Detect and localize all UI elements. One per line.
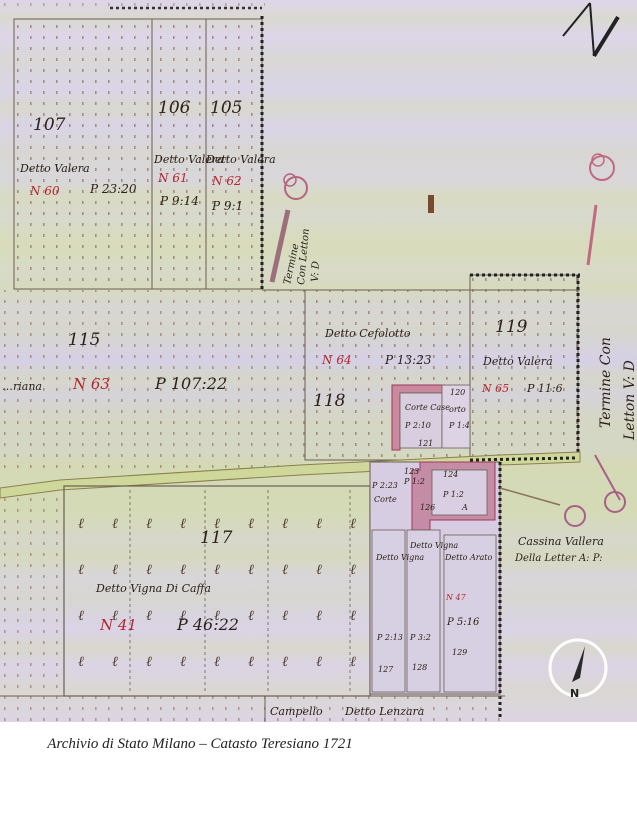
parcel-120-name: orto: [449, 405, 466, 414]
map-drawing: ℓ: [0, 0, 637, 722]
cadastral-map: ℓ: [0, 0, 637, 722]
map-caption: Archivio di Stato Milano – Catasto Teres…: [0, 736, 400, 753]
termine-right-line1: Termine Con: [598, 337, 614, 428]
parcel-107-name: Detto Valera: [19, 162, 90, 175]
compass-rose-icon: N: [550, 640, 606, 700]
parcel-106-id: 106: [158, 98, 191, 118]
compass-north-label: N: [570, 687, 579, 700]
parcel-128-name: Detto Vigna: [409, 541, 458, 550]
termine-right-line2: Letton V: D: [622, 360, 637, 441]
parcel-117-name: Detto Vigna Di Caffa: [95, 582, 211, 595]
parcel-118-id: 118: [313, 391, 346, 411]
parcel-127-name: Detto Vigna: [375, 553, 424, 562]
parcel-117-value: P 46:22: [176, 615, 239, 634]
parcel-118-value: P 13:23: [384, 353, 432, 367]
parcel-119-value: P 11:6: [526, 382, 563, 395]
parcel-block-lower: [0, 462, 500, 720]
parcel-129-name: Detto Arato: [444, 553, 493, 562]
north-arrow-icon: [563, 3, 618, 56]
parcel-129-id: 129: [452, 648, 467, 657]
parcel-124-id: 124: [443, 470, 458, 479]
parcel-127-id: 127: [378, 665, 394, 674]
parcel-117-old-no: N 41: [99, 616, 137, 634]
parcel-123-id: 123: [404, 467, 419, 476]
parcel-122-value: P 2:23: [371, 481, 398, 490]
parcel-115-value: P 107:22: [154, 374, 227, 393]
parcel-121-name: Corte Case: [405, 403, 450, 412]
tree-icon: [500, 455, 625, 526]
parcel-118-old-no: N 64: [321, 353, 352, 367]
tree-icon: [588, 154, 614, 265]
parcel-122-name: Corte: [374, 495, 397, 504]
parcel-105-name: Detto Valera: [205, 153, 276, 166]
parcel-115-id: 115: [68, 330, 100, 350]
parcel-115-name: …riana: [2, 380, 42, 393]
termine-left-line3: V: D: [310, 261, 322, 282]
parcel-118-name: Detto Cefolotto: [324, 327, 411, 340]
parcel-115-old-no: N 63: [72, 375, 110, 393]
post-marker: [428, 195, 434, 213]
parcel-128-value: P 3:2: [409, 633, 431, 642]
parcel-119-name: Detto Valera: [482, 355, 553, 368]
cassina-label-line1: Cassina Vallera: [518, 535, 604, 548]
parcel-107-value: P 23:20: [89, 182, 137, 196]
cassina-label-line2: Della Letter A: P:: [514, 553, 602, 564]
parcel-105-value: P 9:1: [211, 199, 243, 213]
parcel-120-value: P 1:4: [448, 421, 470, 430]
parcel-126-id: 126: [420, 503, 435, 512]
parcel-106-value: P 9:14: [159, 194, 199, 208]
parcel-105-id: 105: [210, 98, 242, 118]
parcel-106-old-no: N 61: [157, 171, 188, 185]
parcel-119-old-no: N 65: [481, 382, 509, 395]
parcel-121-value: P 2:10: [404, 421, 431, 430]
parcel-127-value: P 2:13: [376, 633, 403, 642]
parcel-129-old-no: N 47: [445, 593, 467, 602]
road-label-line2: Detto Lenzara: [344, 705, 424, 718]
parcel-121-id: 121: [418, 439, 433, 448]
parcel-128-id: 128: [412, 663, 427, 672]
parcel-124-value: P 1:2: [442, 490, 464, 499]
parcel-107-id: 107: [33, 115, 66, 135]
parcel-126-value: A: [461, 503, 468, 512]
parcel-123-value: P 1:2: [403, 477, 425, 486]
parcel-117-id: 117: [200, 528, 233, 548]
parcel-120-id: 120: [450, 388, 465, 397]
parcel-107-old-no: N 60: [29, 184, 60, 198]
road-label-line1: Campello: [270, 705, 323, 718]
parcel-129-value: P 5:16: [446, 617, 480, 628]
parcel-105-old-no: N 62: [211, 174, 242, 188]
parcel-119-id: 119: [495, 317, 528, 337]
